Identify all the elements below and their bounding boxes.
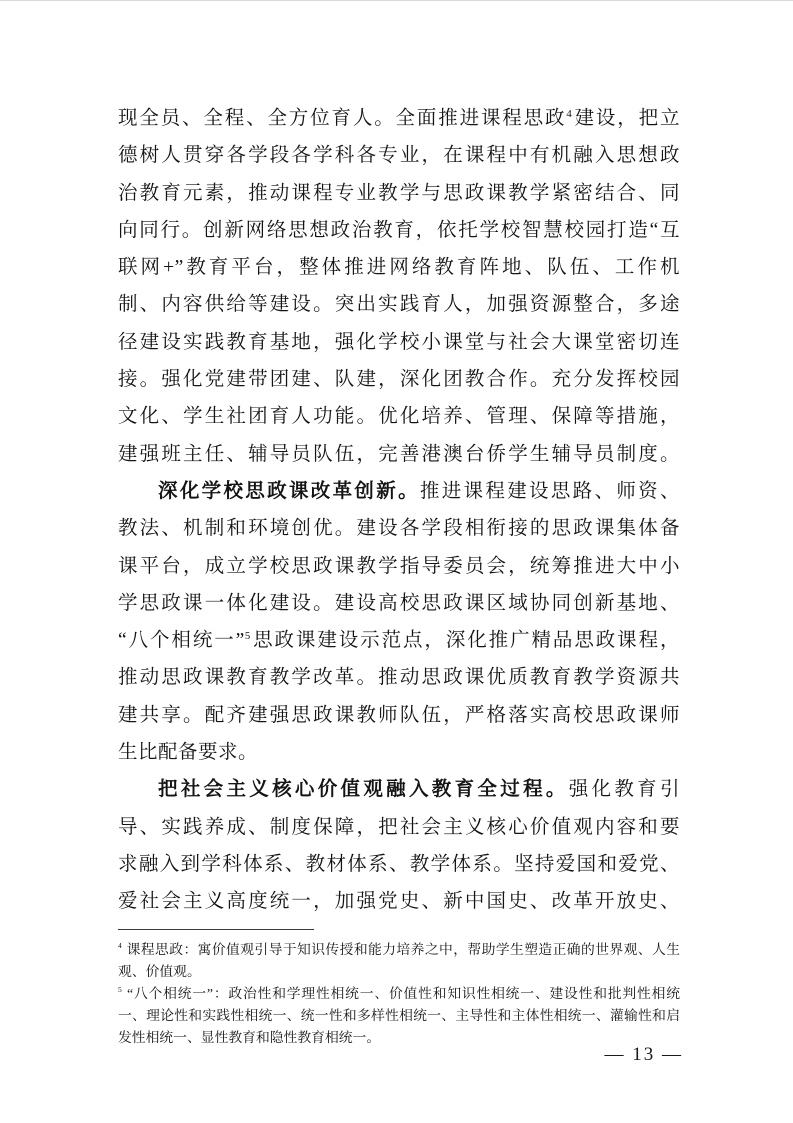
- body-line: 治教育元素，推动课程专业教学与思政课教学紧密结合、同: [118, 175, 680, 212]
- footnote-line: 4 课程思政：寓价值观引导于知识传授和能力培养之中，帮助学生塑造正确的世界观、人…: [118, 939, 680, 961]
- text-segment: 发性相统一、显性教育和隐性教育相统一。: [118, 1030, 380, 1045]
- text-block: 现全员、全程、全方位育人。全面推进课程思政4建设，把立德树人贯穿各学段各学科各专…: [118, 100, 680, 1049]
- text-segment: 强化教育引: [569, 779, 680, 800]
- body-line: 制、内容供给等建设。突出实践育人，加强资源整合，多途: [118, 286, 680, 323]
- footnote-line: 发性相统一、显性教育和隐性教育相统一。: [118, 1027, 680, 1049]
- footnote-separator: [118, 929, 314, 930]
- text-segment: 向同行。创新网络思想政治教育，依托学校智慧校园打造“互: [118, 220, 680, 241]
- text-segment: 推动思政课教育教学改革。推动思政课优质教育教学资源共: [118, 667, 680, 688]
- body-text: 现全员、全程、全方位育人。全面推进课程思政4建设，把立德树人贯穿各学段各学科各专…: [118, 100, 680, 921]
- bold-text-segment: 深化学校思政课改革创新。: [158, 481, 420, 502]
- text-segment: 德树人贯穿各学段各学科各专业，在课程中有机融入思想政: [118, 145, 680, 166]
- document-page: 现全员、全程、全方位育人。全面推进课程思政4建设，把立德树人贯穿各学段各学科各专…: [0, 0, 793, 1123]
- footnote-ref-superscript: 5: [118, 985, 122, 994]
- body-line: 径建设实践教育基地，强化学校小课堂与社会大课堂密切连: [118, 324, 680, 361]
- body-line: 现全员、全程、全方位育人。全面推进课程思政4建设，把立: [118, 100, 680, 137]
- body-line: 学思政课一体化建设。建设高校思政课区域协同创新基地、: [118, 585, 680, 622]
- text-segment: 推进课程建设思路、师资、: [420, 481, 680, 502]
- text-segment: 教法、机制和环境创优。建设各学段相衔接的思政课集体备: [118, 518, 680, 539]
- body-line: 接。强化党建带团建、队建，深化团教合作。充分发挥校园: [118, 361, 680, 398]
- text-segment: 生比配备要求。: [118, 742, 258, 763]
- text-segment: 学思政课一体化建设。建设高校思政课区域协同创新基地、: [118, 593, 680, 614]
- text-segment: 建强班主任、辅导员队伍，完善港澳台侨学生辅导员制度。: [118, 444, 680, 465]
- body-line: 文化、学生社团育人功能。优化培养、管理、保障等措施，: [118, 398, 680, 435]
- body-line: 把社会主义核心价值观融入教育全过程。强化教育引: [118, 771, 680, 808]
- text-segment: 建设，把立: [573, 108, 680, 129]
- body-line: 生比配备要求。: [118, 734, 680, 771]
- text-segment: 径建设实践教育基地，强化学校小课堂与社会大课堂密切连: [118, 332, 680, 353]
- footnote-line: 观、价值观。: [118, 961, 680, 983]
- text-segment: 治教育元素，推动课程专业教学与思政课教学紧密结合、同: [118, 183, 680, 204]
- text-segment: “八个相统一”: [118, 630, 245, 651]
- text-segment: 建共享。配齐建强思政课教师队伍，严格落实高校思政课师: [118, 705, 680, 726]
- body-line: 导、实践养成、制度保障，把社会主义核心价值观内容和要: [118, 809, 680, 846]
- text-segment: 思政课建设示范点，深化推广精品思政课程，: [252, 630, 680, 651]
- text-segment: “八个相统一”：政治性和学理性相统一、价值性和知识性相统一、建设性和批判性相统: [123, 986, 680, 1001]
- body-line: 深化学校思政课改革创新。推进课程建设思路、师资、: [118, 473, 680, 510]
- text-segment: 现全员、全程、全方位育人。全面推进课程思政: [118, 108, 566, 129]
- text-segment: 爱社会主义高度统一，加强党史、新中国史、改革开放史、: [118, 891, 680, 912]
- footnote-ref-superscript: 4: [118, 941, 122, 950]
- text-segment: 课程思政：寓价值观引导于知识传授和能力培养之中，帮助学生塑造正确的世界观、人生: [123, 942, 680, 957]
- body-line: 德树人贯穿各学段各学科各专业，在课程中有机融入思想政: [118, 137, 680, 174]
- text-segment: 导、实践养成、制度保障，把社会主义核心价值观内容和要: [118, 817, 680, 838]
- body-line: 建强班主任、辅导员队伍，完善港澳台侨学生辅导员制度。: [118, 436, 680, 473]
- footnote-ref-superscript: 4: [566, 108, 572, 120]
- text-segment: 接。强化党建带团建、队建，深化团教合作。充分发挥校园: [118, 369, 680, 390]
- page-number-label: — 13 —: [605, 1044, 684, 1065]
- text-segment: 联网+”教育平台，整体推进网络教育阵地、队伍、工作机: [118, 257, 680, 278]
- body-line: 爱社会主义高度统一，加强党史、新中国史、改革开放史、: [118, 883, 680, 920]
- page-number: — 13 —: [605, 1043, 684, 1067]
- body-line: “八个相统一”5思政课建设示范点，深化推广精品思政课程，: [118, 622, 680, 659]
- text-segment: 观、价值观。: [118, 964, 201, 979]
- body-line: 求融入到学科体系、教材体系、教学体系。坚持爱国和爱党、: [118, 846, 680, 883]
- footnotes: 4 课程思政：寓价值观引导于知识传授和能力培养之中，帮助学生塑造正确的世界观、人…: [118, 939, 680, 1049]
- text-segment: 一、理论性和实践性相统一、统一性和多样性相统一、主导性和主体性相统一、灌输性和启: [118, 1008, 680, 1023]
- text-segment: 制、内容供给等建设。突出实践育人，加强资源整合，多途: [118, 294, 680, 315]
- text-segment: 求融入到学科体系、教材体系、教学体系。坚持爱国和爱党、: [118, 854, 680, 875]
- bold-text-segment: 把社会主义核心价值观融入教育全过程。: [158, 779, 569, 800]
- body-line: 向同行。创新网络思想政治教育，依托学校智慧校园打造“互: [118, 212, 680, 249]
- footnote-line: 一、理论性和实践性相统一、统一性和多样性相统一、主导性和主体性相统一、灌输性和启: [118, 1005, 680, 1027]
- text-segment: 课平台，成立学校思政课教学指导委员会，统筹推进大中小: [118, 556, 680, 577]
- body-line: 课平台，成立学校思政课教学指导委员会，统筹推进大中小: [118, 548, 680, 585]
- footnote-ref-superscript: 5: [245, 630, 251, 642]
- body-line: 教法、机制和环境创优。建设各学段相衔接的思政课集体备: [118, 510, 680, 547]
- body-line: 联网+”教育平台，整体推进网络教育阵地、队伍、工作机: [118, 249, 680, 286]
- body-line: 推动思政课教育教学改革。推动思政课优质教育教学资源共: [118, 659, 680, 696]
- text-segment: 文化、学生社团育人功能。优化培养、管理、保障等措施，: [118, 406, 680, 427]
- body-line: 建共享。配齐建强思政课教师队伍，严格落实高校思政课师: [118, 697, 680, 734]
- footnote-line: 5 “八个相统一”：政治性和学理性相统一、价值性和知识性相统一、建设性和批判性相…: [118, 983, 680, 1005]
